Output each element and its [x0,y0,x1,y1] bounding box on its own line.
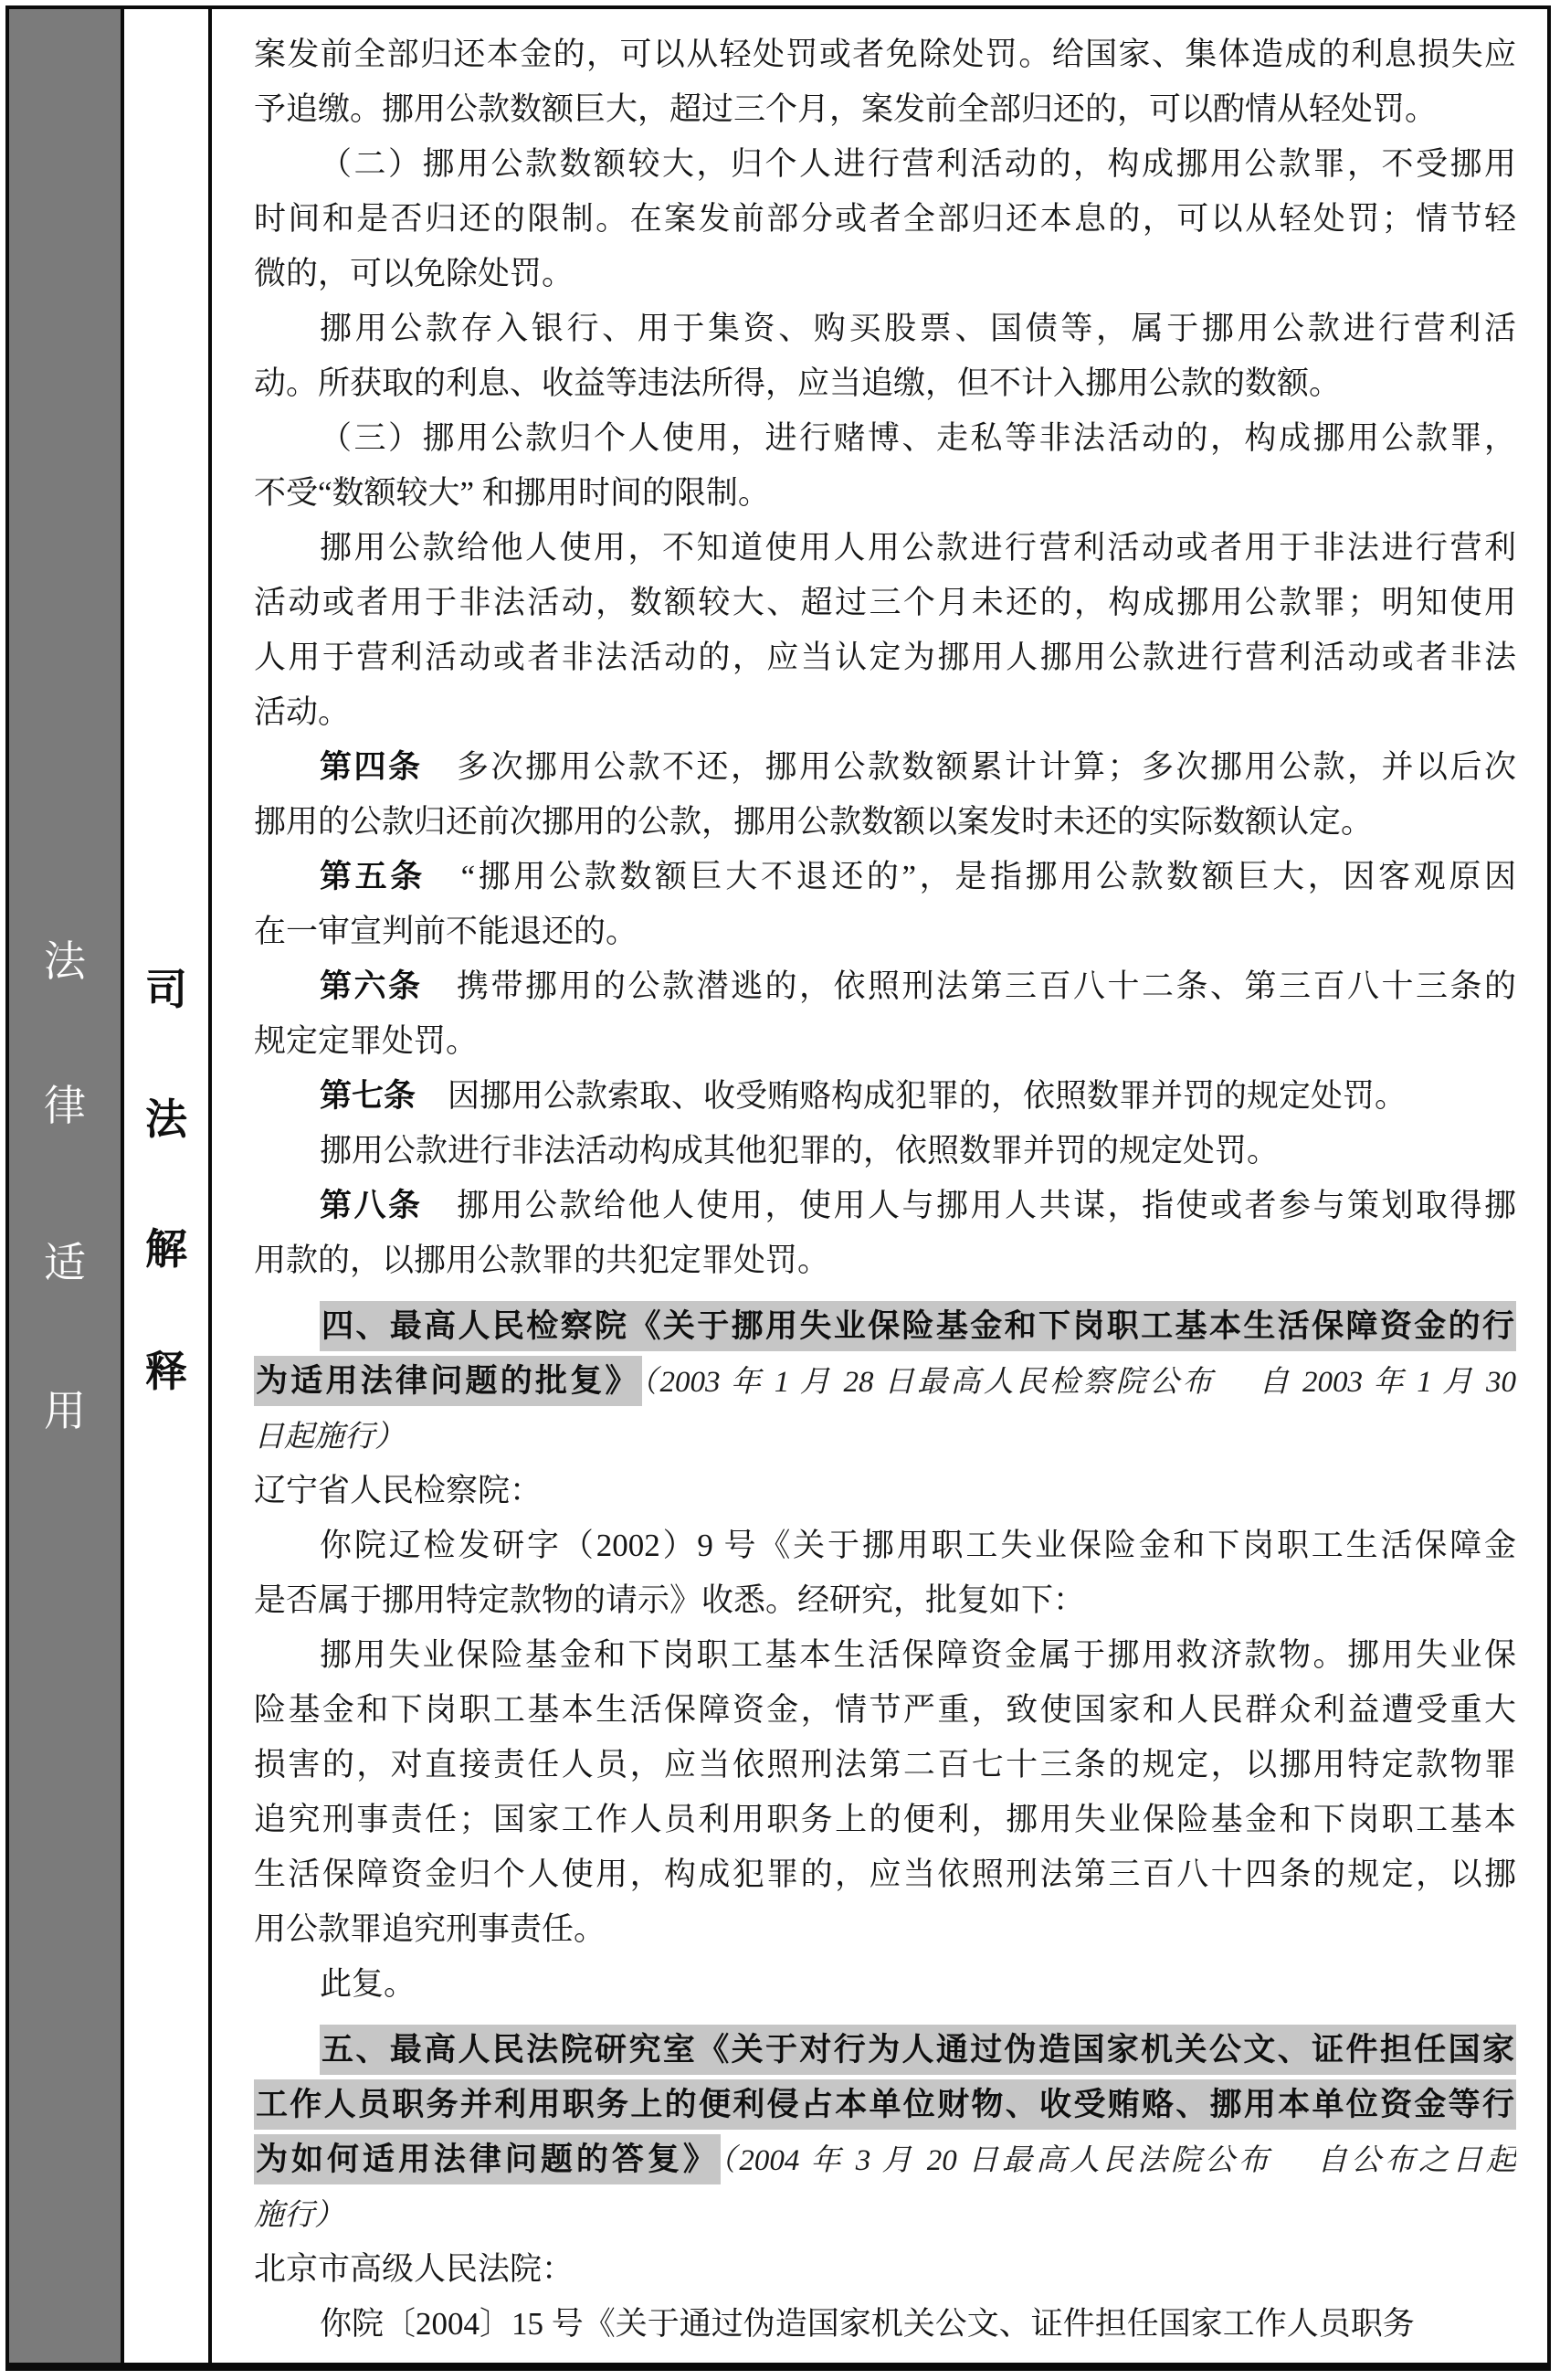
main-text-column: 案发前全部归还本金的，可以从轻处罚或者免除处罚。给国家、集体造成的利息损失应 予… [212,9,1547,2363]
text-line: 案发前全部归还本金的，可以从轻处罚或者免除处罚。给国家、集体造成的利息损失应 [254,27,1516,82]
text-line: 施行） [254,2187,1516,2242]
body-text: 挪用的公款归还前次挪用的公款，挪用公款数额以案发时未还的实际数额认定。 [254,804,1373,840]
section-heading-line: 五、最高人民法院研究室《关于对行为人通过伪造国家机关公文、证件担任国家 [254,2023,1516,2078]
category-column: 司 法 解 释 [124,9,212,2363]
text-line: 动。所获取的利息、收益等违法所得，应当追缴，但不计入挪用公款的数额。 [254,356,1516,411]
sidebar-label-char: 适 [9,1243,121,1285]
body-text: 活动。 [254,694,350,730]
section-title-highlight: 工作人员职务并利用职务上的便利侵占本单位财物、收受贿赂、挪用本单位资金等行 [254,2079,1516,2130]
body-text: 微的，可以免除处罚。 [254,256,574,291]
text-line: 追究刑事责任；国家工作人员利用职务上的便利，挪用失业保险基金和下岗职工基本 [254,1793,1516,1847]
text-line: 挪用失业保险基金和下岗职工基本生活保障资金属于挪用救济款物。挪用失业保 [254,1628,1516,1683]
section-heading-line: 为如何适用法律问题的答复》（2004 年 3 月 20 日最高人民法院公布 自公… [254,2132,1516,2187]
section-title-highlight: 四、最高人民检察院《关于挪用失业保险基金和下岗职工基本生活保障资金的行 [320,1301,1516,1351]
text-line: 挪用公款给他人使用，不知道使用人用公款进行营利活动或者用于非法进行营利 [254,521,1516,576]
text-line: 用公款罪追究刑事责任。 [254,1902,1516,1957]
text-line: 活动。 [254,685,1516,740]
text-line: 人用于营利活动或者非法活动的，应当认定为挪用人挪用公款进行营利活动或者非法 [254,630,1516,685]
category-label-char: 释 [124,1350,208,1392]
body-text: 因挪用公款索取、收受贿赂构成犯罪的，依照数罪并罚的规定处罚。 [416,1078,1407,1114]
body-text: 损害的，对直接责任人员，应当依照刑法第二百七十三条的规定，以挪用特定款物罪 [254,1747,1516,1782]
body-text: 你院〔2004〕15 号《关于通过伪造国家机关公文、证件担任国家工作人员职务 [320,2306,1415,2342]
text-line: 微的，可以免除处罚。 [254,247,1516,301]
issuance-note: （2003 年 1 月 28 日最高人民检察院公布 自 2003 年 1 月 3… [642,1366,1516,1399]
text-line: 生活保障资金归个人使用，构成犯罪的，应当依照刑法第三百八十四条的规定，以挪 [254,1847,1516,1902]
section-heading-line: 四、最高人民检察院《关于挪用失业保险基金和下岗职工基本生活保障资金的行 [254,1299,1516,1354]
page-frame: 法 律 适 用 司 法 解 释 案发前全部归还本金的，可以从轻处罚或者免除处罚。… [5,5,1551,2371]
body-text: 挪用失业保险基金和下岗职工基本生活保障资金属于挪用救济款物。挪用失业保 [320,1637,1516,1673]
sidebar-label-char: 律 [9,1085,121,1127]
article-number-label: 第七条 [320,1078,416,1114]
sidebar: 法 律 适 用 [9,9,124,2363]
text-line: 你院〔2004〕15 号《关于通过伪造国家机关公文、证件担任国家工作人员职务 [254,2297,1516,2352]
body-text: 挪用公款给他人使用，不知道使用人用公款进行营利活动或者用于非法进行营利 [320,530,1516,566]
body-text: 予追缴。挪用公款数额巨大，超过三个月，案发前全部归还的，可以酌情从轻处罚。 [254,91,1437,127]
body-text: （二）挪用公款数额较大，归个人进行营利活动的，构成挪用公款罪，不受挪用 [320,146,1516,182]
body-text: 规定定罪处罚。 [254,1023,478,1059]
body-text: 动。所获取的利息、收益等违法所得，应当追缴，但不计入挪用公款的数额。 [254,365,1341,401]
text-line: 予追缴。挪用公款数额巨大，超过三个月，案发前全部归还的，可以酌情从轻处罚。 [254,82,1516,137]
issuance-note: 施行） [254,2199,344,2232]
article-number-label: 第八条 [320,1188,423,1223]
article-number-label: 第六条 [320,968,423,1004]
sidebar-label-char: 用 [9,1391,121,1433]
section-heading-line: 为适用法律问题的批复》（2003 年 1 月 28 日最高人民检察院公布 自 2… [254,1354,1516,1409]
category-label-char: 司 [124,968,208,1010]
section-heading-line: 工作人员职务并利用职务上的便利侵占本单位财物、收受贿赂、挪用本单位资金等行 [254,2078,1516,2132]
text-line: 挪用公款进行非法活动构成其他犯罪的，依照数罪并罚的规定处罚。 [254,1124,1516,1179]
article-number-label: 第四条 [320,749,423,785]
body-text: 险基金和下岗职工基本生活保障资金，情节严重，致使国家和人民群众利益遭受重大 [254,1692,1516,1728]
body-text: 你院辽检发研字（2002）9 号《关于挪用职工失业保险金和下岗职工生活保障金 [320,1528,1516,1563]
text-line: 用款的，以挪用公款罪的共犯定罪处罚。 [254,1233,1516,1288]
text-line: 第八条 挪用公款给他人使用，使用人与挪用人共谋，指使或者参与策划取得挪 [254,1179,1516,1233]
body-text: 活动或者用于非法活动，数额较大、超过三个月未还的，构成挪用公款罪；明知使用 [254,585,1516,620]
issuance-note: （2004 年 3 月 20 日最高人民法院公布 自公布之日起 [721,2144,1516,2177]
sidebar-label-char: 法 [9,941,121,983]
body-text: 用款的，以挪用公款罪的共犯定罪处罚。 [254,1243,829,1278]
text-line: 规定定罪处罚。 [254,1014,1516,1069]
text-line: 第六条 携带挪用的公款潜逃的，依照刑法第三百八十二条、第三百八十三条的 [254,959,1516,1014]
body-text: （三）挪用公款归个人使用，进行赌博、走私等非法活动的，构成挪用公款罪， [320,420,1516,456]
text-line: 挪用公款存入银行、用于集资、购买股票、国债等，属于挪用公款进行营利活 [254,301,1516,356]
text-line: 此复。 [254,1957,1516,2012]
text-line: 在一审宣判前不能退还的。 [254,904,1516,959]
section-title-highlight: 为如何适用法律问题的答复》 [254,2134,721,2184]
text-line: 险基金和下岗职工基本生活保障资金，情节严重，致使国家和人民群众利益遭受重大 [254,1683,1516,1738]
section-title-highlight: 为适用法律问题的批复》 [254,1356,642,1406]
text-line: 辽宁省人民检察院： [254,1464,1516,1518]
body-text: 挪用公款存入银行、用于集资、购买股票、国债等，属于挪用公款进行营利活 [320,311,1516,346]
text-line: 日起施行） [254,1409,1516,1464]
body-text: 不受“数额较大” 和挪用时间的限制。 [254,475,770,511]
text-line: 损害的，对直接责任人员，应当依照刑法第二百七十三条的规定，以挪用特定款物罪 [254,1738,1516,1793]
text-line: 你院辽检发研字（2002）9 号《关于挪用职工失业保险金和下岗职工生活保障金 [254,1518,1516,1573]
body-text: “挪用公款数额巨大不退还的”，是指挪用公款数额巨大，因客观原因 [426,859,1516,894]
body-text: 携带挪用的公款潜逃的，依照刑法第三百八十二条、第三百八十三条的 [423,968,1516,1004]
text-line: 时间和是否归还的限制。在案发前部分或者全部归还本息的，可以从轻处罚；情节轻 [254,192,1516,247]
issuance-note: 日起施行） [254,1421,405,1454]
text-line: 挪用的公款归还前次挪用的公款，挪用公款数额以案发时未还的实际数额认定。 [254,795,1516,850]
body-text: 北京市高级人民法院： [254,2251,574,2287]
text-line: 第四条 多次挪用公款不还，挪用公款数额累计计算；多次挪用公款，并以后次 [254,740,1516,795]
body-text: 人用于营利活动或者非法活动的，应当认定为挪用人挪用公款进行营利活动或者非法 [254,640,1516,675]
body-text: 生活保障资金归个人使用，构成犯罪的，应当依照刑法第三百八十四条的规定，以挪 [254,1856,1516,1892]
text-line: 第七条 因挪用公款索取、收受贿赂构成犯罪的，依照数罪并罚的规定处罚。 [254,1069,1516,1124]
body-text: 此复。 [320,1966,416,2002]
text-line: 第五条 “挪用公款数额巨大不退还的”，是指挪用公款数额巨大，因客观原因 [254,850,1516,904]
text-line: 活动或者用于非法活动，数额较大、超过三个月未还的，构成挪用公款罪；明知使用 [254,576,1516,630]
body-text: 时间和是否归还的限制。在案发前部分或者全部归还本息的，可以从轻处罚；情节轻 [254,201,1516,237]
category-label-char: 法 [124,1098,208,1140]
body-text: 挪用公款进行非法活动构成其他犯罪的，依照数罪并罚的规定处罚。 [320,1133,1279,1169]
text-line: 不受“数额较大” 和挪用时间的限制。 [254,466,1516,521]
article-number-label: 第五条 [320,859,426,894]
section-title-highlight: 五、最高人民法院研究室《关于对行为人通过伪造国家机关公文、证件担任国家 [320,2025,1516,2075]
body-text: 辽宁省人民检察院： [254,1473,542,1508]
scanned-book-page: 法 律 适 用 司 法 解 释 案发前全部归还本金的，可以从轻处罚或者免除处罚。… [0,0,1560,2380]
text-line: 北京市高级人民法院： [254,2242,1516,2297]
body-text: 用公款罪追究刑事责任。 [254,1911,606,1947]
body-text: 挪用公款给他人使用，使用人与挪用人共谋，指使或者参与策划取得挪 [423,1188,1516,1223]
text-line: 是否属于挪用特定款物的请示》收悉。经研究，批复如下： [254,1573,1516,1628]
body-text: 在一审宣判前不能退还的。 [254,914,638,949]
category-label-char: 解 [124,1228,208,1270]
body-text: 多次挪用公款不还，挪用公款数额累计计算；多次挪用公款，并以后次 [423,749,1516,785]
text-line: （二）挪用公款数额较大，归个人进行营利活动的，构成挪用公款罪，不受挪用 [254,137,1516,192]
body-text: 是否属于挪用特定款物的请示》收悉。经研究，批复如下： [254,1582,1085,1618]
text-line: （三）挪用公款归个人使用，进行赌博、走私等非法活动的，构成挪用公款罪， [254,411,1516,466]
body-text: 案发前全部归还本金的，可以从轻处罚或者免除处罚。给国家、集体造成的利息损失应 [254,37,1516,72]
body-text: 追究刑事责任；国家工作人员利用职务上的便利，挪用失业保险基金和下岗职工基本 [254,1802,1516,1837]
